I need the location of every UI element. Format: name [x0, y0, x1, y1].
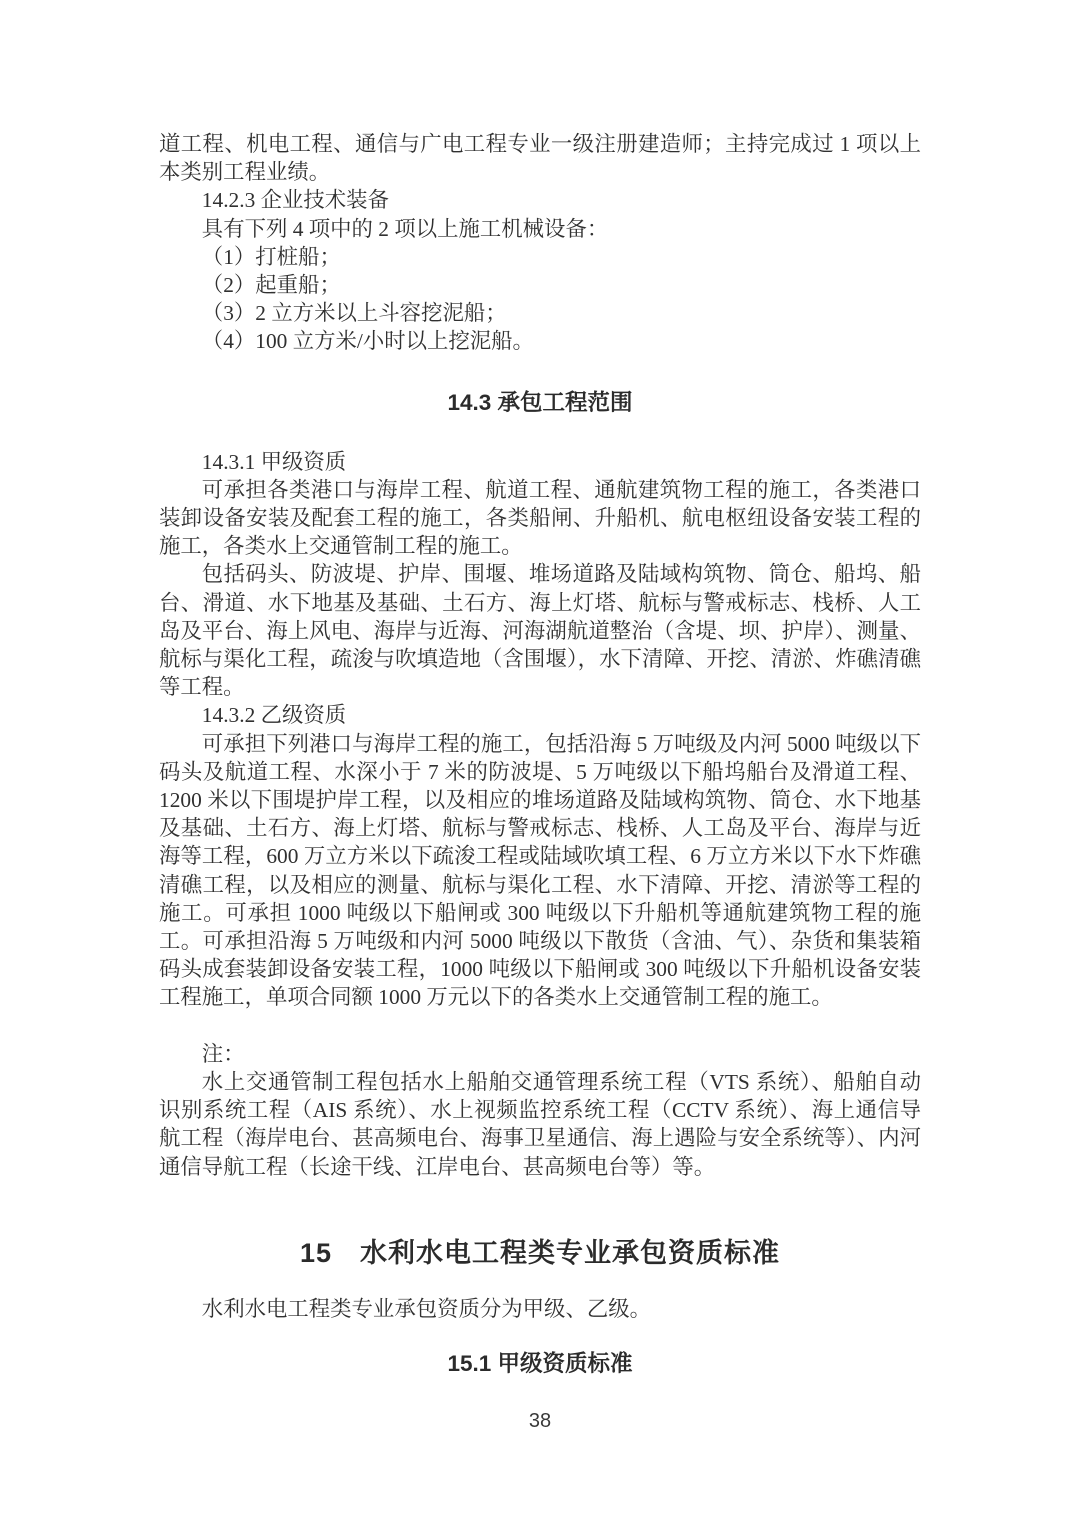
note-paragraph: 水上交通管制工程包括水上船舶交通管理系统工程（VTS 系统）、船舶自动识别系统工…	[159, 1068, 921, 1181]
equipment-item: （2）起重船；	[159, 271, 921, 299]
paragraph-grade-a-scope-2: 包括码头、防波堤、护岸、围堰、堆场道路及陆域构筑物、筒仓、船坞、船台、滑道、水下…	[159, 560, 921, 701]
section-heading-14-3-2: 14.3.2 乙级资质	[159, 701, 921, 729]
section-heading-15-1: 15.1 甲级资质标准	[159, 1349, 921, 1379]
section-heading-14-2-3: 14.2.3 企业技术装备	[159, 186, 921, 214]
page-content: 道工程、机电工程、通信与广电工程专业一级注册建造师；主持完成过 1 项以上本类别…	[159, 130, 921, 1379]
equipment-item: （3）2 立方米以上斗容挖泥船；	[159, 299, 921, 327]
note-label: 注：	[159, 1040, 921, 1068]
equipment-item: （1）打桩船；	[159, 243, 921, 271]
section-heading-14-3-1: 14.3.1 甲级资质	[159, 448, 921, 476]
equipment-item: （4）100 立方米/小时以上挖泥船。	[159, 327, 921, 355]
paragraph-grade-a-scope-1: 可承担各类港口与海岸工程、航道工程、通航建筑物工程的施工，各类港口装卸设备安装及…	[159, 476, 921, 561]
chapter-heading-15: 15 水利水电工程类专业承包资质标准	[159, 1235, 921, 1271]
document-page: 道工程、机电工程、通信与广电工程专业一级注册建造师；主持完成过 1 项以上本类别…	[0, 0, 1080, 1527]
paragraph-grade-b-scope: 可承担下列港口与海岸工程的施工，包括沿海 5 万吨级及内河 5000 吨级以下码…	[159, 730, 921, 1012]
page-number: 38	[0, 1408, 1080, 1434]
paragraph-chapter-15-intro: 水利水电工程类专业承包资质分为甲级、乙级。	[159, 1295, 921, 1323]
section-heading-14-3: 14.3 承包工程范围	[159, 388, 921, 418]
paragraph-equipment-intro: 具有下列 4 项中的 2 项以上施工机械设备：	[159, 215, 921, 243]
continued-paragraph: 道工程、机电工程、通信与广电工程专业一级注册建造师；主持完成过 1 项以上本类别…	[159, 130, 921, 186]
